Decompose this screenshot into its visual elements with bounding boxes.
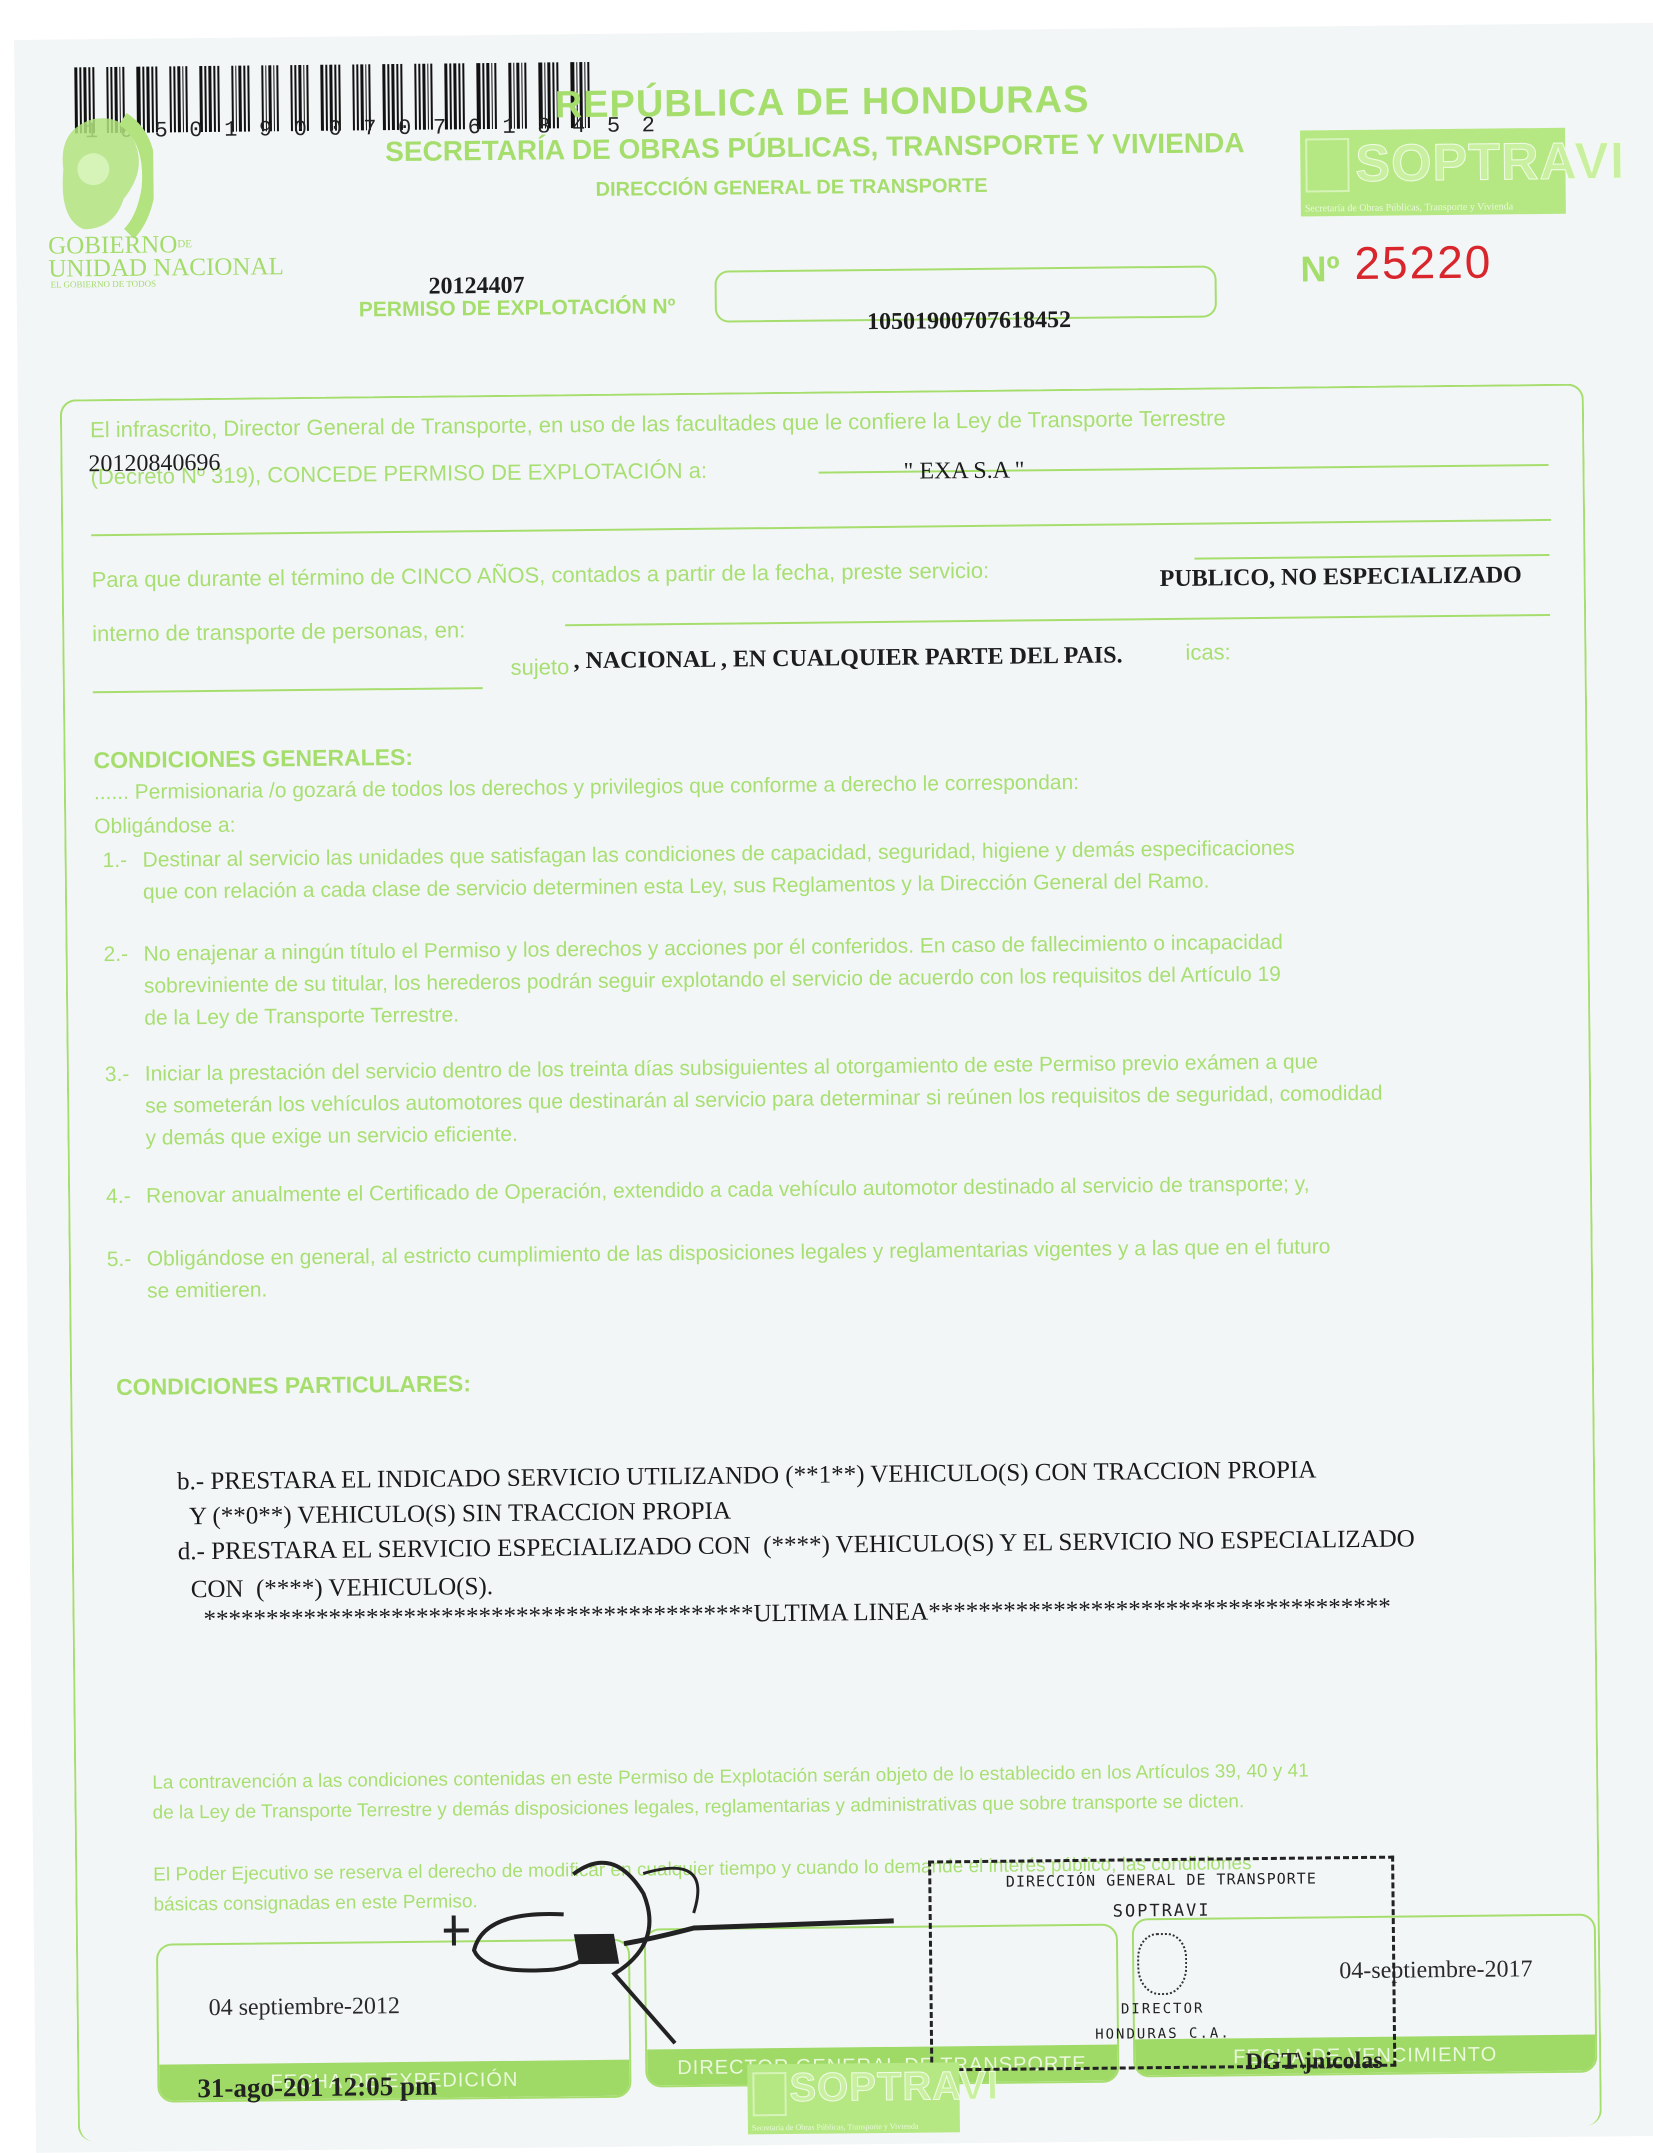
government-logo-tagline: EL GOBIERNO DE TODOS bbox=[51, 279, 157, 290]
barcode-digit: 1 bbox=[224, 118, 237, 143]
barcode-digit: 0 bbox=[294, 117, 307, 142]
general-condition-item: 5.-Obligándose en general, al estricto c… bbox=[107, 1231, 1331, 1308]
barcode-digit: 9 bbox=[259, 117, 272, 142]
document-title: REPÚBLICA DE HONDURAS bbox=[554, 79, 1089, 128]
operator-id: DGT\jnicolas bbox=[1245, 2048, 1383, 2076]
particular-condition-line: Y (**0**) VEHICULO(S) SIN TRACCION PROPI… bbox=[177, 1498, 731, 1532]
government-logo-text: GOBIERNODE UNIDAD NACIONAL bbox=[48, 232, 284, 280]
barcode-digit: 0 bbox=[328, 117, 341, 142]
permit-document: 10501900707618452 GOBIERNODE UNIDAD NACI… bbox=[14, 23, 1653, 2153]
general-condition-item: 1.-Destinar al servicio las unidades que… bbox=[102, 833, 1295, 909]
official-stamp: DIRECCIÓN GENERAL DE TRANSPORTE SOPTRAVI… bbox=[928, 1856, 1396, 2072]
government-emblem-icon bbox=[53, 109, 154, 240]
service-type: PUBLICO, NO ESPECIALIZADO bbox=[1160, 562, 1522, 593]
subject-suffix: icas: bbox=[1185, 639, 1231, 665]
transport-line: interno de transporte de personas, en: bbox=[92, 617, 465, 647]
coat-of-arms-icon bbox=[1137, 1933, 1188, 1996]
obligation-intro: Obligándose a: bbox=[94, 810, 236, 843]
serial-label: Nº bbox=[1300, 248, 1340, 290]
soptravi-logo-footer: SOPTRAVI Secretaría de Obras Públicas, T… bbox=[747, 2062, 960, 2134]
permit-label: PERMISO DE EXPLOTACIÓN Nº bbox=[359, 295, 676, 322]
service-scope: , NACIONAL , EN CUALQUIER PARTE DEL PAIS… bbox=[573, 642, 1122, 675]
director-signature bbox=[413, 1851, 915, 2056]
grantee-name: " EXA S.A " bbox=[903, 457, 1024, 485]
print-timestamp: 31-ago-201 12:05 pm bbox=[197, 2071, 437, 2105]
permit-code: 10501900707618452 bbox=[867, 307, 1071, 336]
particular-conditions-list: b.- PRESTARA EL INDICADO SERVICIO UTILIZ… bbox=[14, 23, 1653, 40]
barcode-digit: 7 bbox=[363, 116, 376, 141]
serial-number: 25220 bbox=[1354, 235, 1492, 290]
barcode-digit: 5 bbox=[154, 118, 167, 143]
applicant-number: 20120840696 bbox=[88, 450, 220, 478]
general-condition-item: 2.-No enajenar a ningún título el Permis… bbox=[103, 927, 1283, 1035]
department-name: DIRECCIÓN GENERAL DE TRANSPORTE bbox=[595, 175, 987, 202]
barcode-digit: 0 bbox=[189, 118, 202, 143]
particular-condition-line: CON (****) VEHICULO(S). bbox=[178, 1573, 493, 1604]
particular-conditions-heading: CONDICIONES PARTICULARES: bbox=[116, 1370, 471, 1401]
general-conditions-heading: CONDICIONES GENERALES: bbox=[93, 744, 413, 774]
soptravi-emblem-icon bbox=[752, 2072, 786, 2116]
issue-date: 04 septiembre-2012 bbox=[208, 1993, 400, 2022]
soptravi-logo: SOPTRAVI Secretaría de Obras Públicas, T… bbox=[1300, 128, 1566, 217]
soptravi-emblem-icon bbox=[1305, 138, 1350, 192]
subject-prefix: sujeto bbox=[510, 654, 569, 681]
general-conditions-list: 1.-Destinar al servicio las unidades que… bbox=[14, 23, 1653, 40]
general-condition-item: 3.-Iniciar la prestación del servicio de… bbox=[105, 1046, 1383, 1155]
